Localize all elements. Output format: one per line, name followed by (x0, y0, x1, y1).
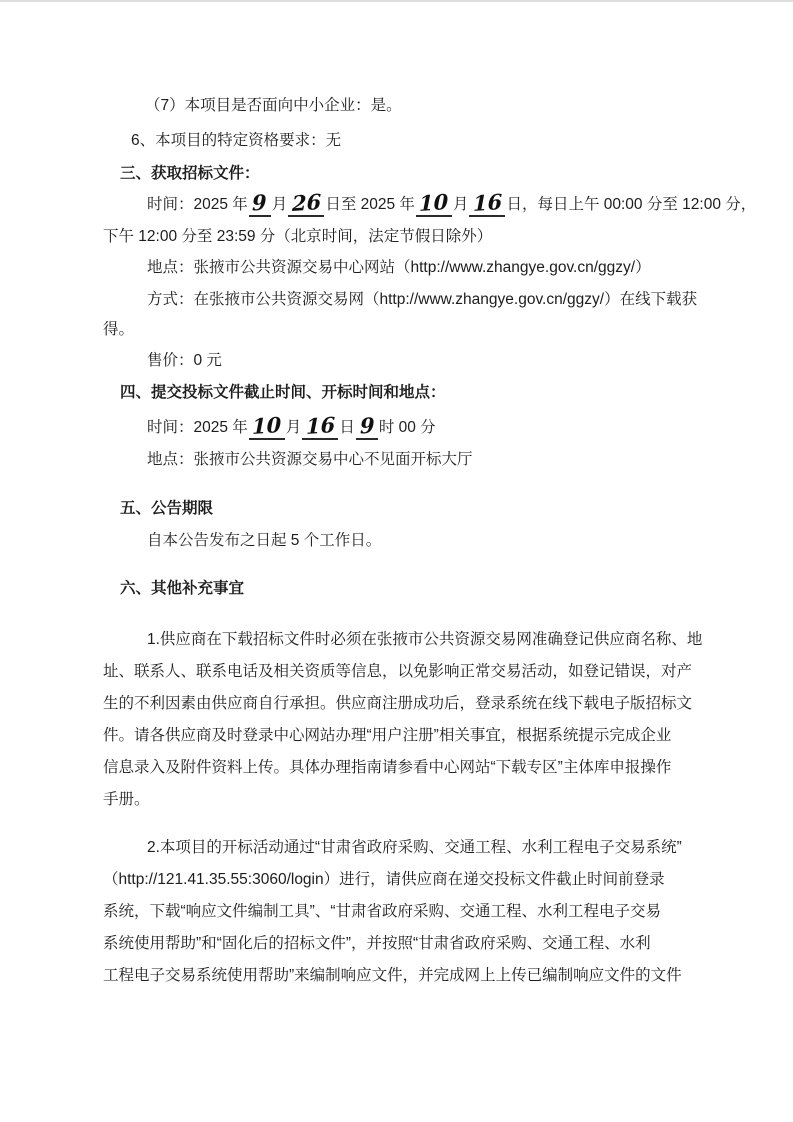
time-sep-day: 日 (339, 419, 355, 436)
section4-time-line: 时间：2025 年10月16日9时 00 分 (147, 415, 436, 440)
section4-heading: 四、提交投标文件截止时间、开标时间和地点： (120, 381, 446, 405)
paragraph-2-line-1: 2.本项目的开标活动通过“甘肃省政府采购、交通工程、水利工程电子交易系统” (147, 836, 682, 860)
handwritten-open-month: 10 (252, 415, 281, 437)
time-sep-month: 月 (272, 196, 288, 213)
time-sep-month: 月 (286, 419, 302, 436)
handwritten-open-month-field: 10 (249, 415, 285, 440)
paragraph-1-line-4: 件。请各供应商及时登录中心网站办理“用户注册”相关事宜，根据系统提示完成企业 (103, 724, 671, 748)
handwritten-end-day-field: 16 (469, 192, 505, 217)
section4-location-line: 地点：张掖市公共资源交易中心不见面开标大厅 (147, 448, 473, 472)
section3-method-line-2: 得。 (103, 318, 134, 342)
document-page: （7）本项目是否面向中小企业：是。 6、本项目的特定资格要求：无 三、获取招标文… (0, 0, 793, 1122)
item-7-line: （7）本项目是否面向中小企业：是。 (145, 94, 402, 118)
section3-time-continuation: 下午 12:00 分至 23:59 分（北京时间，法定节假日除外） (103, 225, 492, 249)
paragraph-1-line-6: 手册。 (103, 788, 150, 812)
paragraph-1-line-5: 信息录入及附件资料上传。具体办理指南请参看中心网站“下载专区”主体库申报操作 (103, 756, 671, 780)
time-mid: 日至 2025 年 (325, 196, 415, 213)
section5-body-line: 自本公告发布之日起 5 个工作日。 (147, 529, 381, 553)
section3-time-line: 时间：2025 年9月26日至 2025 年10月16日，每日上午 00:00 … (147, 192, 756, 217)
handwritten-start-month: 9 (253, 192, 268, 213)
handwritten-start-day-field: 26 (288, 192, 324, 217)
paragraph-1-line-2: 址、联系人、联系电话及相关资质等信息，以免影响正常交易活动，如登记错误，对产 (103, 660, 692, 684)
handwritten-end-day: 16 (473, 192, 502, 214)
time-prefix: 时间：2025 年 (147, 419, 248, 436)
handwritten-start-month-field: 9 (249, 192, 271, 217)
paragraph-2-line-3: 系统，下载“响应文件编制工具”、“甘肃省政府采购、交通工程、水利工程电子交易 (103, 900, 661, 924)
time-suffix: 时 00 分 (379, 419, 436, 436)
paragraph-2-line-2: （http://121.41.35.55:3060/login）进行，请供应商在… (103, 868, 665, 892)
paragraph-1-line-1: 1.供应商在下载招标文件时必须在张掖市公共资源交易网准确登记供应商名称、地 (147, 628, 702, 652)
time-sep-month2: 月 (453, 196, 469, 213)
section3-method-line-1: 方式：在张掖市公共资源交易网（http://www.zhangye.gov.cn… (147, 288, 697, 312)
section3-heading: 三、获取招标文件： (120, 162, 260, 186)
section6-heading: 六、其他补充事宜 (120, 577, 244, 601)
handwritten-open-day: 16 (306, 415, 335, 437)
time-suffix: 日，每日上午 00:00 分至 12:00 分， (506, 196, 756, 213)
section3-price-line: 售价：0 元 (147, 349, 222, 373)
time-prefix: 时间：2025 年 (147, 196, 248, 213)
section5-heading: 五、公告期限 (120, 497, 213, 521)
paragraph-2-line-4: 系统使用帮助”和“固化后的招标文件”，并按照“甘肃省政府采购、交通工程、水利 (103, 932, 651, 956)
handwritten-open-hour: 9 (360, 415, 375, 436)
paragraph-2-line-5: 工程电子交易系统使用帮助”来编制响应文件，并完成网上上传已编制响应文件的文件 (103, 964, 682, 988)
handwritten-open-day-field: 16 (302, 415, 338, 440)
handwritten-end-month-field: 10 (416, 192, 452, 217)
handwritten-end-month: 10 (419, 192, 448, 214)
paragraph-1-line-3: 生的不利因素由供应商自行承担。供应商注册成功后，登录系统在线下载电子版招标文 (103, 692, 692, 716)
section3-location-line: 地点：张掖市公共资源交易中心网站（http://www.zhangye.gov.… (147, 256, 651, 280)
handwritten-start-day: 26 (292, 192, 321, 214)
handwritten-open-hour-field: 9 (356, 415, 378, 440)
item-6-line: 6、本项目的特定资格要求：无 (131, 129, 341, 153)
